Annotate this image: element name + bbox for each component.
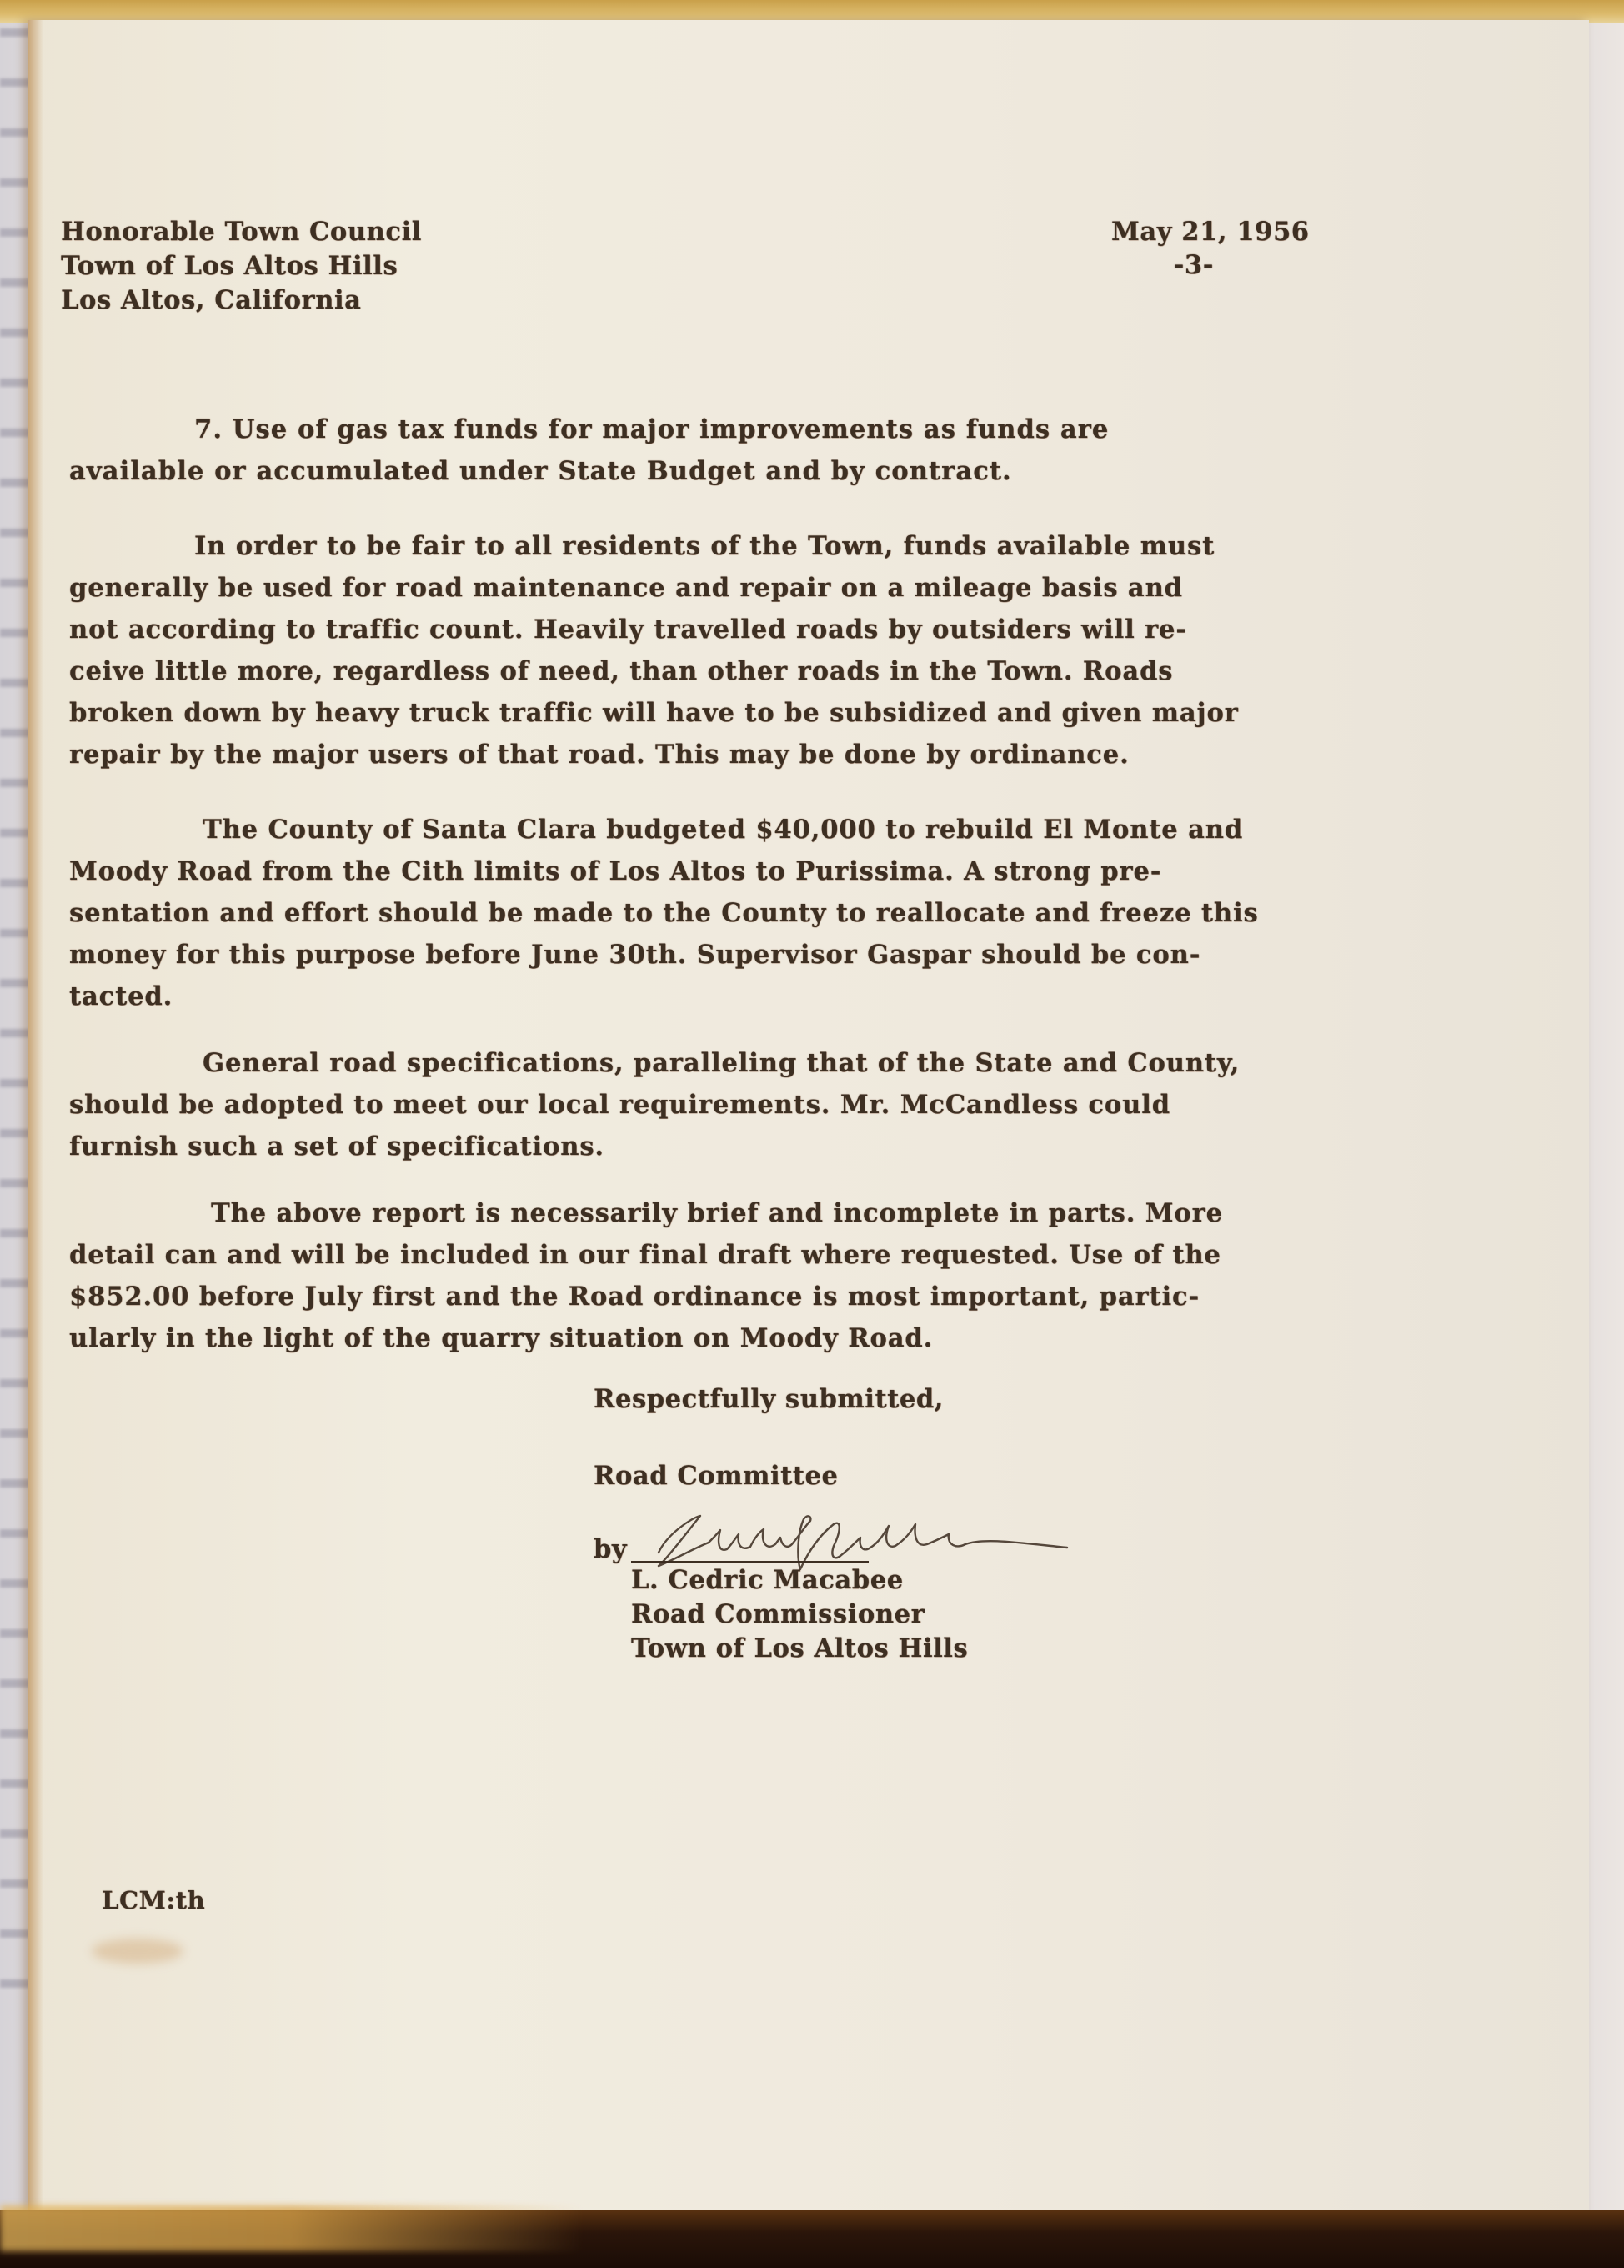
date-block: May 21, 1956 -3- [1111,215,1310,282]
page-number: -3- [1111,248,1310,282]
paragraph-summary: The above report is necessarily brief an… [69,1192,1223,1359]
paragraph-line: The above report is necessarily brief an… [69,1192,1223,1234]
signatory-title: Road Commissioner [631,1598,968,1632]
bottom-stain [0,2205,584,2251]
by-label: by [594,1534,627,1564]
paragraph-line: furnish such a set of specifications. [69,1126,1240,1167]
paragraph-line: broken down by heavy truck traffic will … [69,692,1239,734]
signatory-block: L. Cedric Macabee Road Commissioner Town… [631,1563,968,1666]
recipient-address: Honorable Town Council Town of Los Altos… [61,215,422,318]
committee-name: Road Committee [594,1461,839,1491]
paragraph-line: generally be used for road maintenance a… [69,567,1239,609]
signatory-organization: Town of Los Altos Hills [631,1632,968,1666]
paragraph-fairness: In order to be fair to all residents of … [69,525,1239,775]
paragraph-line: ceive little more, regardless of need, t… [69,650,1239,692]
paragraph-line: not according to traffic count. Heavily … [69,609,1239,650]
paragraph-line: sentation and effort should be made to t… [69,892,1259,934]
paragraph-item-7: 7. Use of gas tax funds for major improv… [69,409,1109,492]
paragraph-line: In order to be fair to all residents of … [69,525,1239,567]
paragraph-county-budget: The County of Santa Clara budgeted $40,0… [69,809,1259,1017]
recipient-line-3: Los Altos, California [61,283,422,318]
paragraph-line: tacted. [69,976,1259,1017]
paragraph-line: $852.00 before July first and the Road o… [69,1276,1223,1317]
paragraph-specifications: General road specifications, paralleling… [69,1042,1240,1167]
paragraph-line: available or accumulated under State Bud… [69,450,1109,492]
paragraph-line: money for this purpose before June 30th.… [69,934,1259,976]
paragraph-line: General road specifications, paralleling… [69,1042,1240,1084]
recipient-line-2: Town of Los Altos Hills [61,249,422,283]
closing: Respectfully submitted, [594,1384,944,1414]
paragraph-line: should be adopted to meet our local requ… [69,1084,1240,1126]
reference-initials: LCM:th [102,1886,205,1914]
paragraph-line: ularly in the light of the quarry situat… [69,1317,1223,1359]
paragraph-line: The County of Santa Clara budgeted $40,0… [69,809,1259,850]
paragraph-line: detail can and will be included in our f… [69,1234,1223,1276]
paragraph-line: repair by the major users of that road. … [69,734,1239,775]
recipient-line-1: Honorable Town Council [61,215,422,249]
paragraph-line: Moody Road from the Cith limits of Los A… [69,850,1259,892]
paragraph-line: 7. Use of gas tax funds for major improv… [69,409,1109,450]
signatory-name: L. Cedric Macabee [631,1563,968,1598]
letter-date: May 21, 1956 [1111,215,1310,248]
stain [92,1939,183,1964]
